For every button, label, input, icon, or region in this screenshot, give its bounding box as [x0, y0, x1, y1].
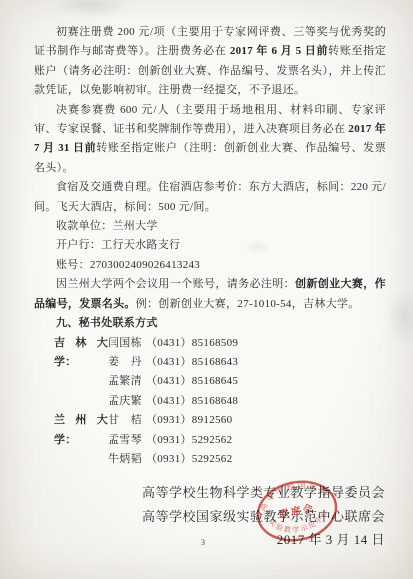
- contact-entry: 牛炳韬（0931）5292562: [108, 450, 386, 469]
- body-text: 开户行：工行天水路支行: [56, 239, 180, 251]
- body-text: 收款单位：兰州大学: [56, 220, 158, 232]
- signature-committee-line-2: 高等学校国家级实验教学示范中心联席会: [142, 505, 385, 529]
- para-bank-branch: 开户行：工行天水路支行: [34, 236, 386, 255]
- contact-phone: （0431）85168648: [146, 395, 238, 407]
- scan-smudge: [385, 285, 413, 349]
- contact-group-label: 吉林大学：: [54, 334, 108, 412]
- contact-entry: 孟繁清（0431）85168645: [108, 372, 386, 391]
- contact-name: 闫国栋: [108, 334, 146, 353]
- contact-name: 牛炳韬: [108, 450, 146, 469]
- para-remittance-note: 因兰州大学两个会议用一个账号，请务必注明：创新创业大赛，作品编号，发票名头。例：…: [34, 275, 386, 314]
- contact-phone: （0431）85168643: [146, 356, 238, 368]
- contact-name: 孟繁清: [108, 372, 146, 391]
- contact-phone: （0931）8912560: [146, 414, 232, 426]
- contact-group-entries: 闫国栋（0431）85168509姜 丹（0431）85168643孟繁清（04…: [108, 334, 386, 412]
- body-text: 因兰州大学两个会议用一个账号，请务必注明：: [56, 278, 295, 290]
- emphasis-text: 2017 年 6 月 5 日前: [230, 45, 328, 57]
- para-preliminary-registration-fee: 初赛注册费 200 元/项（主要用于专家网评费、三等奖与优秀奖的证书制作与邮寄费…: [34, 23, 386, 101]
- contact-group: 兰州大学：甘 桔（0931）8912560孟雪琴（0931）5292562牛炳韬…: [54, 411, 386, 469]
- body-text: 例：创新创业大赛，27-1010-54，吉林大学。: [136, 298, 360, 310]
- contact-group-label: 兰州大学：: [54, 411, 108, 469]
- contact-name: 孟庆繁: [108, 392, 146, 411]
- contact-entry: 孟庆繁（0431）85168648: [108, 392, 386, 411]
- body-text: 决赛参赛费 600 元/人（主要用于场地租用、材料印刷、专家评审、专家误餐、证书…: [34, 104, 386, 135]
- contact-group: 吉林大学：闫国栋（0431）85168509姜 丹（0431）85168643孟…: [54, 334, 386, 412]
- contact-phone: （0931）5292562: [146, 434, 232, 446]
- page-number: 3: [201, 538, 205, 547]
- para-payee: 收款单位：兰州大学: [34, 217, 386, 236]
- scanned-document-page: 初赛注册费 200 元/项（主要用于专家网评费、三等奖与优秀奖的证书制作与邮寄费…: [0, 0, 413, 579]
- signature-block: 高等学校生物科学类专业教学指导委员会 高等学校国家级实验教学示范中心联席会 20…: [142, 481, 385, 552]
- para-accommodation: 食宿及交通费自理。住宿酒店参考价：东方大酒店，标间：220 元/间。飞天大酒店，…: [34, 178, 386, 217]
- contact-entry: 甘 桔（0931）8912560: [108, 411, 386, 430]
- signature-committee-line-1: 高等学校生物科学类专业教学指导委员会: [142, 481, 385, 505]
- scan-smudge: [52, 0, 132, 18]
- contacts-list: 吉林大学：闫国栋（0431）85168509姜 丹（0431）85168643孟…: [34, 334, 386, 470]
- contact-name: 孟雪琴: [108, 431, 146, 450]
- signature-date: 2017 年 3 月 14 日: [142, 528, 385, 552]
- contact-phone: （0931）5292562: [146, 453, 232, 465]
- contact-name: 甘 桔: [108, 411, 146, 430]
- contact-name: 姜 丹: [108, 353, 146, 372]
- contact-phone: （0431）85168645: [146, 375, 238, 387]
- body-paragraphs: 初赛注册费 200 元/项（主要用于专家网评费、三等奖与优秀奖的证书制作与邮寄费…: [34, 23, 386, 314]
- contact-phone: （0431）85168509: [146, 337, 238, 349]
- section-heading-secretariat-contacts: 九、秘书处联系方式: [56, 314, 386, 333]
- para-account-number: 账号：2703002409026413243: [34, 256, 386, 275]
- body-text: 食宿及交通费自理。住宿酒店参考价：东方大酒店，标间：220 元/间。飞天大酒店，…: [34, 181, 386, 212]
- contact-group-entries: 甘 桔（0931）8912560孟雪琴（0931）5292562牛炳韬（0931…: [108, 411, 386, 469]
- para-final-participation-fee: 决赛参赛费 600 元/人（主要用于场地租用、材料印刷、专家评审、专家误餐、证书…: [34, 101, 386, 179]
- body-text: 账号：2703002409026413243: [56, 259, 200, 271]
- contact-entry: 闫国栋（0431）85168509: [108, 334, 386, 353]
- contact-entry: 姜 丹（0431）85168643: [108, 353, 386, 372]
- document-body: 初赛注册费 200 元/项（主要用于专家网评费、三等奖与优秀奖的证书制作与邮寄费…: [34, 23, 386, 469]
- contact-entry: 孟雪琴（0931）5292562: [108, 431, 386, 450]
